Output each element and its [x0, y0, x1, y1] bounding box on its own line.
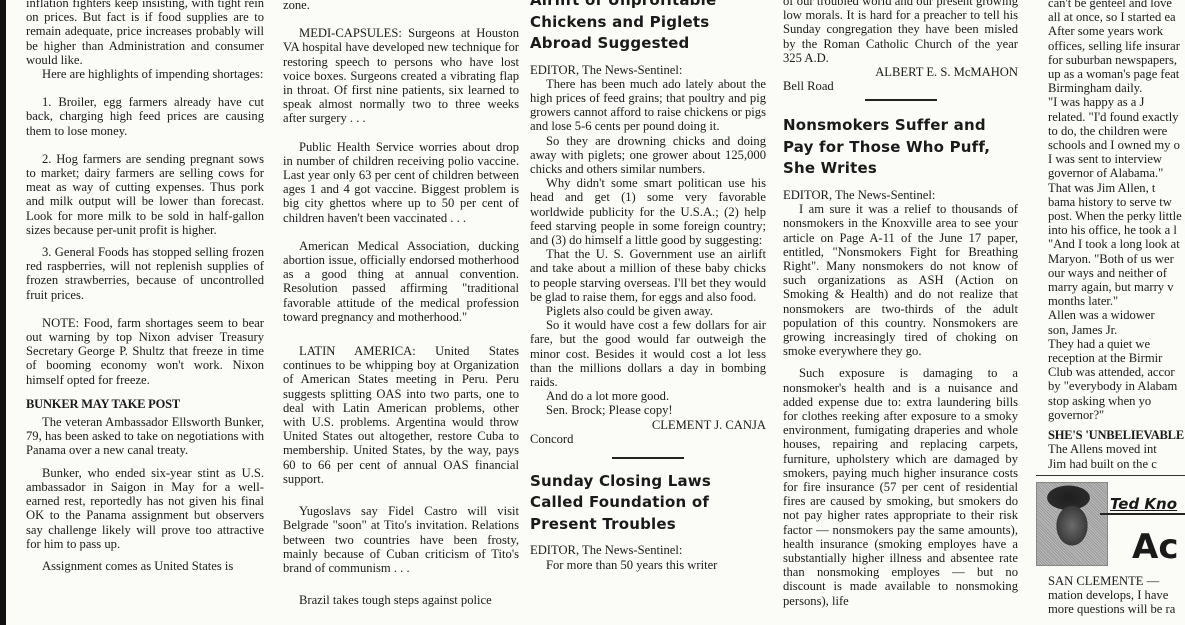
text-line: months later.": [1036, 294, 1185, 308]
headline-airlift: Airlift of Unprofitable Chickens and Pig…: [530, 0, 766, 55]
text-line: more questions will be ra: [1036, 602, 1185, 616]
letter-signature: ALBERT E. S. McMAHON: [783, 65, 1018, 79]
salutation: EDITOR, The News-Sentinel:: [530, 63, 766, 77]
paragraph: Assignment comes as United States is: [26, 559, 264, 573]
letter-signature: CLEMENT J. CANJA: [530, 418, 766, 432]
text-line: related. "I'd found exactly: [1036, 110, 1185, 124]
paragraph: Bunker, who ended six-year stint as U.S.…: [26, 466, 264, 551]
column-feature-cropped: can't be genteel and love all at once, s…: [1036, 0, 1185, 616]
subhead: SHE'S 'UNBELIEVABLE: [1036, 428, 1185, 442]
column-letters-1: Airlift of Unprofitable Chickens and Pig…: [530, 0, 766, 572]
text-line: by "everybody in Alabam: [1036, 379, 1185, 393]
paragraph: 3. General Foods has stopped selling fro…: [26, 245, 264, 302]
letter-place: Bell Road: [783, 79, 1018, 93]
paragraph: Such exposure is damaging to a nonsmoker…: [783, 366, 1018, 607]
paragraph: I am sure it was a relief to thousands o…: [783, 202, 1018, 358]
paragraph: NOTE: Food, farm shortages seem to bear …: [26, 316, 264, 387]
text-line: bama history to serve tw: [1036, 195, 1185, 209]
text-line: schools and I owned my o: [1036, 138, 1185, 152]
paragraph: Public Health Service worries about drop…: [283, 140, 519, 225]
text-line: marry again, but marry v: [1036, 280, 1185, 294]
paragraph: The veteran Ambassador Ellsworth Bunker,…: [26, 415, 264, 458]
text-line: They had a quiet we: [1036, 337, 1185, 351]
paragraph: Piglets also could be given away.: [530, 304, 766, 318]
text-line: post. When the perky little: [1036, 209, 1185, 223]
text-line: Maryon. "Both of us wer: [1036, 252, 1185, 266]
text-line: I was sent to interview: [1036, 152, 1185, 166]
paragraph: 1. Broiler, egg farmers already have cut…: [26, 95, 264, 138]
byline-rule: [1100, 513, 1185, 515]
text-line: Birmingham daily.: [1036, 81, 1185, 95]
paragraph: So it would have cost a few dollars for …: [530, 318, 766, 389]
paragraph: LATIN AMERICA: United States continues t…: [283, 344, 519, 486]
text-line: The Allens moved int: [1036, 442, 1185, 456]
text-line: "And I took a long look at: [1036, 237, 1185, 251]
paragraph: So they are drowning chicks and doing aw…: [530, 134, 766, 177]
text-line: into his office, he took a l: [1036, 223, 1185, 237]
paragraph: Yugoslavs say Fidel Castro will visit Be…: [283, 504, 519, 575]
paragraph: Brazil takes tough steps against police: [283, 593, 519, 607]
text-line: Club was attended, accor: [1036, 365, 1185, 379]
text-line: Allen was a widower: [1036, 308, 1185, 322]
columnist-byline-wrap: Ted Kno: [1110, 494, 1177, 513]
salutation: EDITOR, The News-Sentinel:: [783, 188, 1018, 202]
text-line: mation develops, I have: [1036, 588, 1185, 602]
text-line: governor?": [1036, 408, 1185, 422]
text-line: can't be genteel and love: [1036, 0, 1185, 10]
column-news-briefs: zone. MEDI-CAPSULES: Surgeons at Houston…: [283, 0, 519, 607]
paragraph: For more than 50 years this writer: [530, 558, 766, 572]
paragraph: of our troubled world and our present gr…: [783, 0, 1018, 65]
headline-nonsmokers: Nonsmokers Suffer and Pay for Those Who …: [783, 115, 1018, 180]
paragraph: inflation fighters keep insisting, with …: [26, 0, 264, 67]
column-washington-report: inflation fighters keep insisting, with …: [26, 0, 264, 573]
paragraph: There has been much ado lately about the…: [530, 77, 766, 134]
text-line: "I was happy as a J: [1036, 95, 1185, 109]
column-title: Ac: [1132, 527, 1178, 567]
text-line: stop asking when yo: [1036, 394, 1185, 408]
text-line: Jim had built on the c: [1036, 457, 1185, 471]
text-line: all at once, so I started ea: [1036, 10, 1185, 24]
divider-rule: [865, 99, 937, 101]
text-line: up as a woman's page feat: [1036, 67, 1185, 81]
text-line: reception at the Birmir: [1036, 351, 1185, 365]
page-edge-bar: [0, 0, 6, 625]
paragraph: MEDI-CAPSULES: Surgeons at Houston VA ho…: [283, 26, 519, 125]
paragraph: Here are highlights of impending shortag…: [26, 67, 264, 81]
columnist-byline: Ted Kno: [1110, 495, 1177, 513]
text-line: for suburban newspapers,: [1036, 53, 1185, 67]
text-line: offices, selling life insurar: [1036, 39, 1185, 53]
text-line: our ways and neither of: [1036, 266, 1185, 280]
subhead: BUNKER MAY TAKE POST: [26, 397, 264, 411]
divider-rule: [612, 457, 684, 459]
section-rule: [1036, 475, 1185, 476]
text-line: That was Jim Allen, t: [1036, 181, 1185, 195]
text-line: SAN CLEMENTE —: [1036, 574, 1185, 588]
letter-place: Concord: [530, 432, 766, 446]
salutation: EDITOR, The News-Sentinel:: [530, 543, 766, 557]
text-line: son, James Jr.: [1036, 323, 1185, 337]
text-line: After some years work: [1036, 24, 1185, 38]
text-line: to do, the children were: [1036, 124, 1185, 138]
paragraph: 2. Hog farmers are sending pregnant sows…: [26, 152, 264, 237]
columnist-photo: [1036, 482, 1108, 566]
column-letters-2: of our troubled world and our present gr…: [783, 0, 1018, 608]
text-line: governor of Alabama.": [1036, 166, 1185, 180]
paragraph: Why didn't some smart politican use his …: [530, 176, 766, 247]
paragraph: Sen. Brock; Please copy!: [530, 403, 766, 417]
paragraph: And do a lot more good.: [530, 389, 766, 403]
paragraph: American Medical Association, ducking ab…: [283, 239, 519, 324]
headline-sunday-closing: Sunday Closing Laws Called Foundation of…: [530, 471, 766, 536]
paragraph: That the U. S. Government use an airlift…: [530, 247, 766, 304]
paragraph: zone.: [283, 0, 519, 12]
